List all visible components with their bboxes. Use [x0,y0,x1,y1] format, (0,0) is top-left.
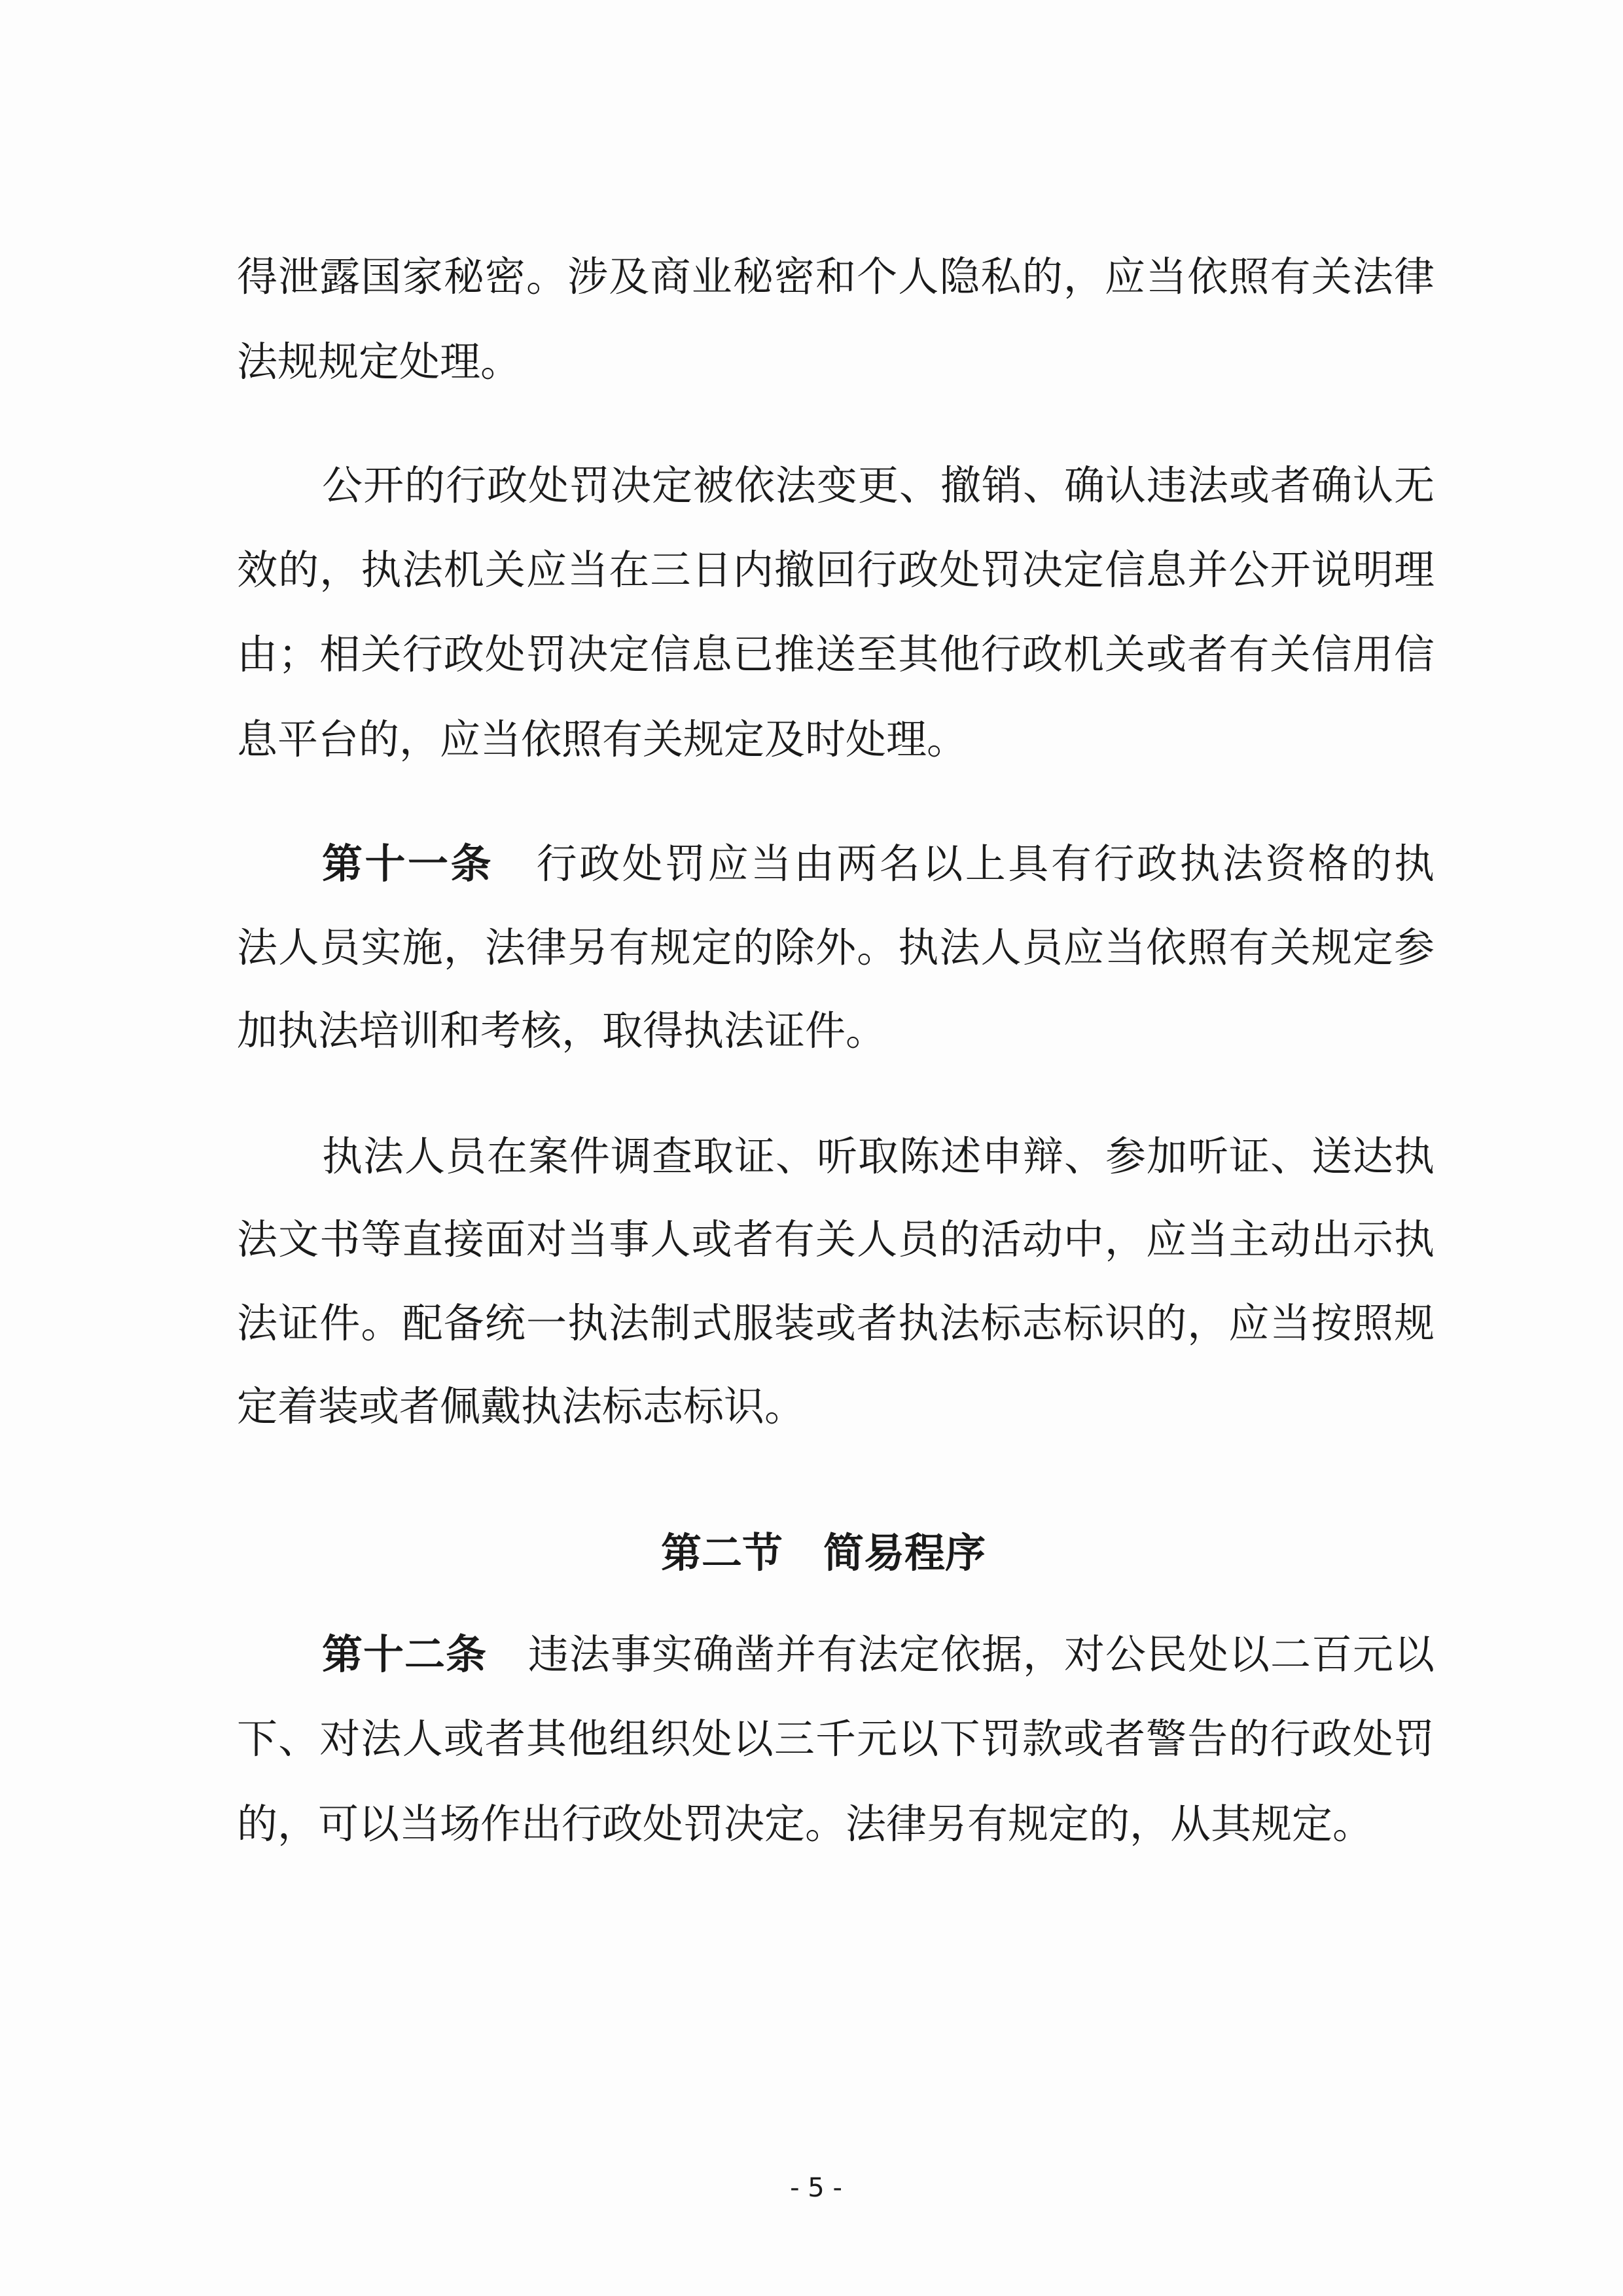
section-title: 简易程序 [823,1529,986,1577]
paragraph-line: 定着装或者佩戴执法标志标识。 [237,1380,1435,1433]
paragraph-line: 得泄露国家秘密。涉及商业秘密和个人隐私的，应当依照有关法律 [237,251,1435,303]
paragraph-line: 下、对法人或者其他组织处以三千元以下罚款或者警告的行政处罚 [237,1713,1435,1765]
paragraph-line: 效的，执法机关应当在三日内撤回行政处罚决定信息并公开说明理 [237,544,1435,596]
paragraph-line: 法规规定处理。 [237,336,1435,388]
paragraph-line: 第十二条违法事实确凿并有法定依据，对公民处以二百元以 [322,1628,1435,1681]
paragraph-line: 的，可以当场作出行政处罚决定。法律另有规定的，从其规定。 [237,1798,1435,1850]
paragraph-line: 法人员实施，法律另有规定的除外。执法人员应当依照有关规定参 [237,922,1435,974]
paragraph-line: 由；相关行政处罚决定信息已推送至其他行政机关或者有关信用信 [237,628,1435,681]
paragraph-line: 执法人员在案件调查取证、听取陈述申辩、参加听证、送达执 [322,1130,1435,1183]
document-page: 得泄露国家秘密。涉及商业秘密和个人隐私的，应当依照有关法律 法规规定处理。 公开… [0,0,1623,2296]
paragraph-line: 加执法培训和考核，取得执法证件。 [237,1005,1435,1057]
paragraph-line: 公开的行政处罚决定被依法变更、撤销、确认违法或者确认无 [322,459,1435,512]
section-number: 第二节 [661,1529,783,1577]
page-number: - 5 - [0,2173,1623,2203]
article-text: 违法事实确凿并有法定依据，对公民处以二百元以 [527,1630,1435,1678]
article-text: 行政处罚应当由两名以上具有行政执法资格的执 [534,840,1435,888]
paragraph-line: 第十一条行政处罚应当由两名以上具有行政执法资格的执 [322,838,1435,890]
article-label: 第十二条 [322,1630,487,1678]
article-label: 第十一条 [322,840,493,888]
section-heading: 第二节简易程序 [0,1527,1623,1579]
paragraph-line: 息平台的，应当依照有关规定及时处理。 [237,713,1435,766]
paragraph-line: 法文书等直接面对当事人或者有关人员的活动中，应当主动出示执 [237,1213,1435,1266]
paragraph-line: 法证件。配备统一执法制式服装或者执法标志标识的，应当按照规 [237,1297,1435,1350]
